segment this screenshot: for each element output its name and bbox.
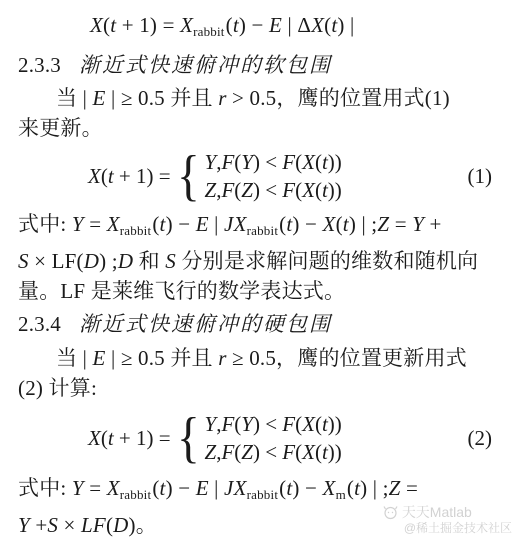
text-segment: 分别是求解问题的维数和随机向 [176, 249, 478, 273]
text-segment: | [77, 86, 92, 110]
text-segment: × [58, 513, 81, 537]
text-segment: 量。 [18, 279, 60, 303]
equation-2-case-y: Y,F(Y) < F(X(t)) [205, 410, 342, 438]
equation-1-block: X(t + 1) = { Y,F(Y) < F(X(t)) Z,F(Z) < F… [18, 145, 494, 207]
section-number: 2.3.3 [18, 53, 61, 77]
text-segment: ) | ; [360, 476, 389, 500]
text-segment: X [90, 13, 103, 37]
equation-2-lhs: X(t + 1) = [88, 426, 171, 451]
paragraph-3-line-1: 当 | E | ≥ 0.5 并且 r ≥ 0.5，鹰的位置更新用式 [18, 343, 494, 373]
text-segment: 并且 [170, 86, 212, 110]
text-segment: ) | [337, 13, 354, 37]
text-segment: ) < [253, 178, 282, 202]
text-segment: ) − [292, 476, 322, 500]
text-segment: | [77, 346, 92, 370]
text-segment: F [221, 440, 234, 464]
section-number: 2.3.4 [18, 312, 61, 336]
text-segment: ( [101, 164, 108, 188]
text-segment: )) [328, 440, 342, 464]
text-segment: ) [129, 513, 136, 537]
text-segment: Y [412, 212, 424, 236]
text-segment: ) < [253, 150, 282, 174]
text-segment: 当 [56, 346, 77, 370]
paragraph-1-line-1: 当 | E | ≥ 0.5 并且 r > 0.5，鹰的位置用式(1) [18, 83, 494, 113]
text-segment: ( [315, 178, 322, 202]
text-segment: m [336, 487, 346, 502]
text-segment: S [18, 249, 29, 273]
text-segment: F [221, 150, 234, 174]
text-segment: LF [60, 279, 90, 303]
equation-1-number: (1) [468, 164, 493, 189]
equation-2-number: (2) [468, 426, 493, 451]
text-segment: = [401, 476, 419, 500]
watermark: 天天Matlab @稀土掘金技术社区 [382, 504, 512, 536]
text-segment: X [311, 13, 324, 37]
formula-soft-besiege: X(t + 1) = Xrabbit(t) − E | ΔX(t) | [18, 10, 494, 47]
text-segment: F [282, 440, 295, 464]
equation-1-lhs: X(t + 1) = [88, 164, 171, 189]
left-brace-glyph: { [177, 408, 200, 468]
equation-2-block: X(t + 1) = { Y,F(Y) < F(X(t)) Z,F(Z) < F… [18, 407, 494, 469]
text-segment: + 1) = [114, 426, 171, 450]
text-segment: X [302, 150, 315, 174]
text-segment: rabbit [120, 223, 152, 238]
text-segment: + 1) = [114, 164, 171, 188]
text-segment: ( [315, 412, 322, 436]
paragraph-3-line-2: (2) 计算: [18, 373, 494, 403]
text-segment: : [60, 476, 72, 500]
watermark-row-1: 天天Matlab [382, 504, 512, 521]
text-segment: F [282, 178, 295, 202]
text-segment: rabbit [247, 487, 279, 502]
text-segment: (2) [18, 376, 49, 400]
text-segment: ) < [253, 440, 282, 464]
text-segment: ( [152, 476, 159, 500]
text-segment: F [282, 150, 295, 174]
text-segment: )) [328, 150, 342, 174]
text-segment: Y [241, 150, 253, 174]
text-segment: r [218, 346, 226, 370]
section-title: 渐近式快速俯冲的软包围 [79, 53, 332, 77]
text-segment: Y [18, 513, 30, 537]
text-segment: ( [226, 13, 233, 37]
text-segment: ≥ 0.5 [227, 346, 276, 370]
section-title: 渐近式快速俯冲的硬包围 [79, 312, 332, 336]
equation-2-case-z: Z,F(Z) < F(X(t)) [205, 438, 342, 466]
text-segment: rabbit [120, 487, 152, 502]
text-segment: Z [241, 440, 253, 464]
text-segment: Z [389, 476, 401, 500]
text-segment: 是莱维飞行的数学表达式。 [91, 279, 345, 303]
text-segment: 。 [136, 513, 157, 537]
section-heading-233: 2.3.3渐近式快速俯冲的软包围 [18, 50, 494, 80]
text-segment: 来更新。 [18, 116, 103, 140]
watermark-row-2: @稀土掘金技术社区 [382, 521, 512, 536]
text-segment: Y [72, 476, 84, 500]
watermark-title: 天天Matlab [402, 505, 472, 520]
text-segment: | [209, 476, 224, 500]
text-segment: ) | ; [349, 212, 378, 236]
text-segment: X [302, 412, 315, 436]
equation-1-cases: Y,F(Y) < F(X(t)) Z,F(Z) < F(X(t)) [205, 148, 342, 204]
text-segment: D [84, 249, 99, 273]
text-segment: ( [101, 426, 108, 450]
text-segment: = [389, 212, 412, 236]
text-segment: ( [152, 212, 159, 236]
text-segment: Y [205, 412, 217, 436]
text-segment: rabbit [247, 223, 279, 238]
text-segment: 式中 [18, 212, 60, 236]
text-segment: JX [224, 476, 247, 500]
text-segment: F [282, 412, 295, 436]
text-segment: Δ [297, 13, 311, 37]
text-segment: ( [315, 150, 322, 174]
text-segment: JX [224, 212, 247, 236]
left-brace-glyph: { [177, 146, 200, 206]
text-segment: + [424, 212, 442, 236]
text-segment: E [93, 86, 106, 110]
text-segment: X [88, 426, 101, 450]
paragraph-1-line-2: 来更新。 [18, 113, 494, 143]
text-segment: X [302, 440, 315, 464]
equation-1-case-y: Y,F(Y) < F(X(t)) [205, 148, 342, 176]
text-segment: = [84, 476, 107, 500]
text-segment: ) < [253, 412, 282, 436]
text-segment: S [47, 513, 58, 537]
text-segment: X [180, 13, 193, 37]
text-segment: | [282, 13, 297, 37]
text-segment: D [118, 249, 133, 273]
text-segment: + [30, 513, 48, 537]
text-segment: X [302, 178, 315, 202]
text-segment: 计算: [49, 376, 97, 400]
equation-2-cases: Y,F(Y) < F(X(t)) Z,F(Z) < F(X(t)) [205, 410, 342, 466]
text-segment: | ≥ 0.5 [106, 86, 171, 110]
text-segment: ，鹰的位置更新用式 [276, 346, 467, 370]
text-segment: ) − [292, 212, 322, 236]
text-segment: E [93, 346, 106, 370]
text-segment: X [323, 476, 336, 500]
text-segment: X [107, 212, 120, 236]
text-segment: E [196, 212, 209, 236]
text-segment: r [218, 86, 226, 110]
text-segment: ) − [239, 13, 269, 37]
text-segment: E [269, 13, 282, 37]
section-heading-234: 2.3.4渐近式快速俯冲的硬包围 [18, 309, 494, 339]
text-segment: E [196, 476, 209, 500]
text-segment: )) [328, 412, 342, 436]
text-segment: X [88, 164, 101, 188]
paragraph-2-line-1: 式中: Y = Xrabbit(t) − E | JXrabbit(t) − X… [18, 209, 494, 246]
text-segment: ) − [166, 476, 196, 500]
text-segment: = [84, 212, 107, 236]
text-segment: + 1) = [116, 13, 180, 37]
text-segment: S [165, 249, 176, 273]
text-segment: | [209, 212, 224, 236]
text-segment: Y [205, 150, 217, 174]
text-segment: ) − [166, 212, 196, 236]
equation-1-case-z: Z,F(Z) < F(X(t)) [205, 176, 342, 204]
text-segment: ( [347, 476, 354, 500]
text-segment: ) ; [99, 249, 118, 273]
watermark-community: @稀土掘金技术社区 [404, 521, 512, 535]
text-segment: Z [205, 440, 217, 464]
text-segment: × LF( [29, 249, 84, 273]
text-segment: ( [315, 440, 322, 464]
text-segment: Y [241, 412, 253, 436]
text-segment: | ≥ 0.5 [106, 346, 171, 370]
paragraph-2-line-3: 量。LF 是莱维飞行的数学表达式。 [18, 276, 494, 306]
paper-page: X(t + 1) = Xrabbit(t) − E | ΔX(t) | 2.3.… [0, 0, 518, 542]
text-segment: ，鹰的位置用式 [276, 86, 424, 110]
juejin-mascot-icon [382, 504, 399, 521]
paragraph-2-line-2: S × LF(D) ;D 和 S 分别是求解问题的维数和随机向 [18, 246, 494, 276]
text-segment: > 0.5 [227, 86, 277, 110]
text-segment: : [60, 212, 72, 236]
text-segment: X [107, 476, 120, 500]
text-segment: Y [72, 212, 84, 236]
text-segment: F [221, 412, 234, 436]
text-segment: D [113, 513, 128, 537]
text-segment: 并且 [170, 346, 212, 370]
text-segment: LF [81, 513, 106, 537]
text-segment: F [221, 178, 234, 202]
text-segment: (1) [425, 86, 450, 110]
text-segment: )) [328, 178, 342, 202]
text-segment: ( [336, 212, 343, 236]
text-segment: rabbit [193, 24, 225, 39]
text-segment: Z [241, 178, 253, 202]
text-segment: Z [377, 212, 389, 236]
text-segment: Z [205, 178, 217, 202]
text-segment: 和 [133, 249, 165, 273]
text-segment: 当 [56, 86, 77, 110]
text-segment: 式中 [18, 476, 60, 500]
text-segment: X [323, 212, 336, 236]
